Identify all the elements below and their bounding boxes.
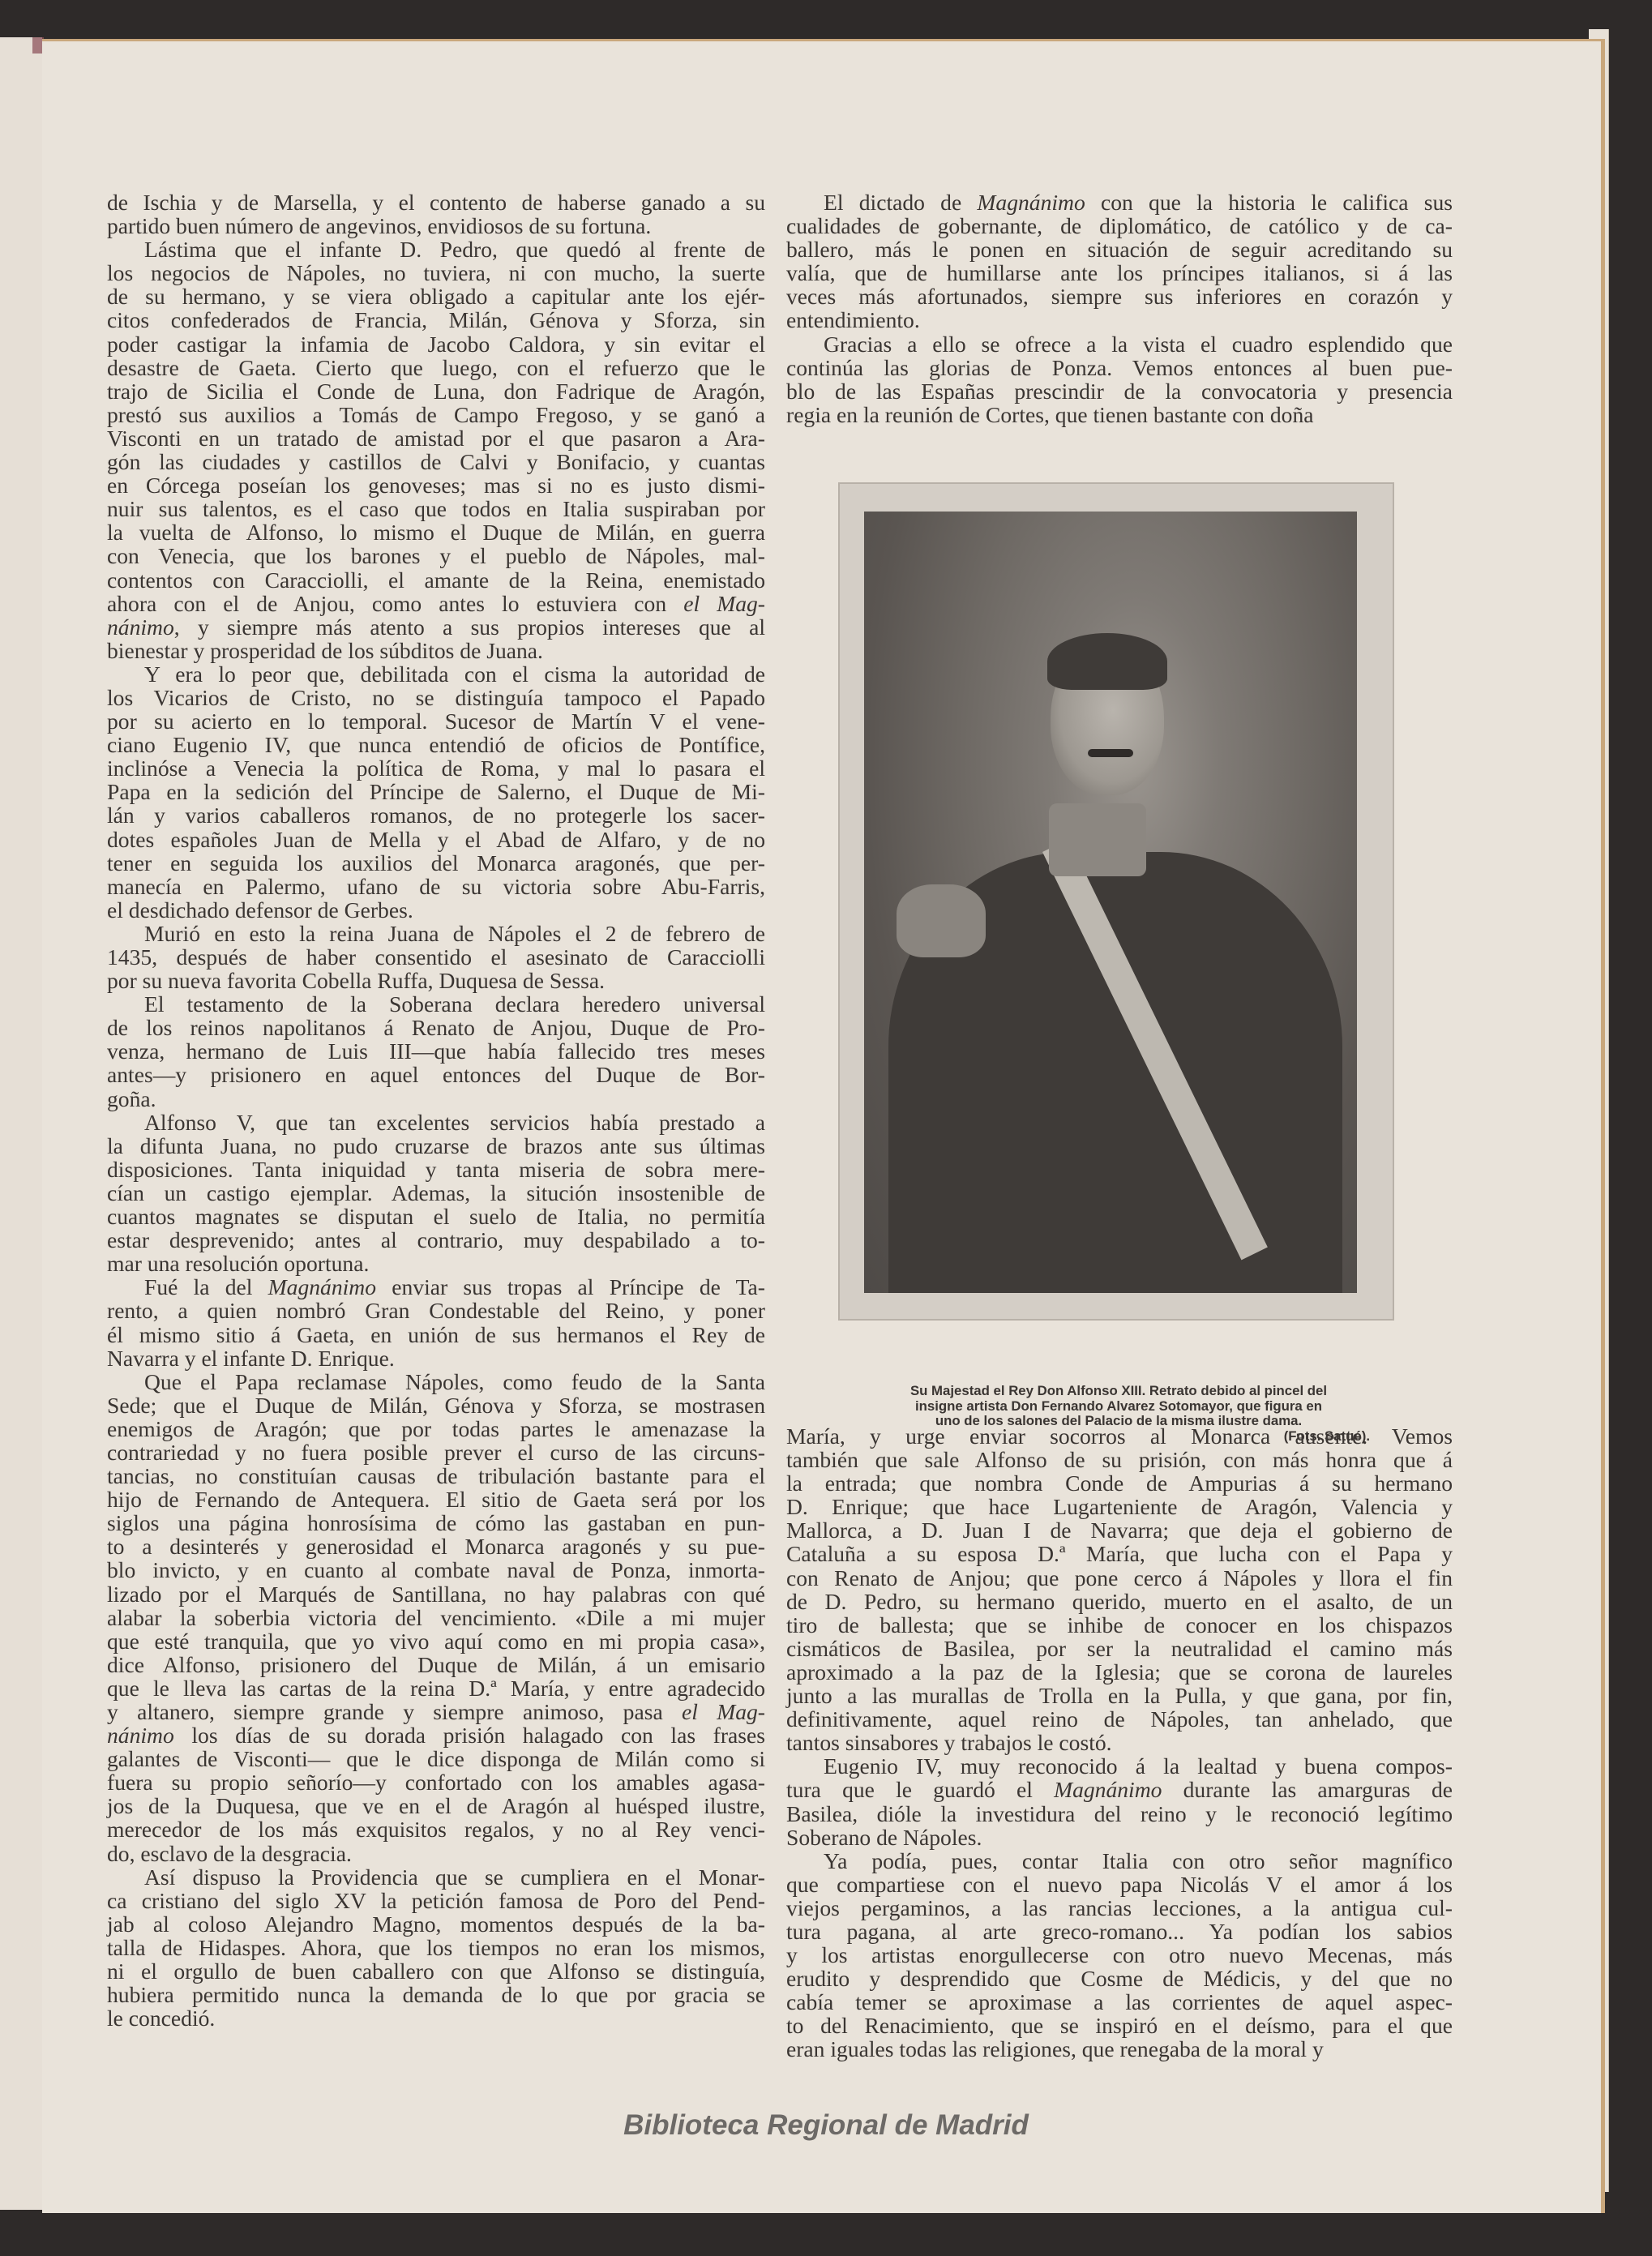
- text-line: Basilea, dióle la investidura del reino …: [786, 1802, 1453, 1826]
- paragraph: de Ischia y de Marsella, y el contento d…: [107, 190, 765, 238]
- text-line: los negocios de Nápoles, no tuviera, ni …: [107, 261, 765, 285]
- text-line: le concedió.: [107, 2006, 765, 2030]
- text-line: tura que le guardó el Magnánimo durante …: [786, 1778, 1453, 1801]
- text-line: tancias, no constituían causas de tribul…: [107, 1464, 765, 1488]
- text-line: blo de las Españas prescindir de la conv…: [786, 379, 1453, 403]
- italic-term: Magnánimo: [268, 1274, 376, 1299]
- text-line: inclinóse a Venecia la política de Roma,…: [107, 756, 765, 780]
- italic-term: Magnánimo: [1054, 1777, 1162, 1802]
- text-line: mar una resolución oportuna.: [107, 1252, 765, 1275]
- paragraph: Gracias a ello se ofrece a la vista el c…: [786, 332, 1453, 426]
- text-line: citos confederados de Francia, Milán, Gé…: [107, 308, 765, 332]
- text-line: Lástima que el infante D. Pedro, que que…: [107, 238, 765, 261]
- text-line: bienestar y prosperidad de los súbditos …: [107, 639, 765, 662]
- text-line: de Ischia y de Marsella, y el contento d…: [107, 190, 765, 214]
- text-line: Alfonso V, que tan excelentes servicios …: [107, 1111, 765, 1134]
- text-line: nánimo, y siempre más atento a sus propi…: [107, 615, 765, 639]
- text-line: prestó sus auxilios a Tomás de Campo Fre…: [107, 403, 765, 426]
- paragraph: Ya podía, pues, contar Italia con otro s…: [786, 1849, 1453, 2061]
- library-watermark: Biblioteca Regional de Madrid: [0, 2109, 1652, 2142]
- text-line: hijo de Fernando de Antequera. El sitio …: [107, 1488, 765, 1511]
- text-line: él mismo sitio á Gaeta, en unión de sus …: [107, 1323, 765, 1346]
- text-line: fuera su propio señorío—y confortado con…: [107, 1770, 765, 1794]
- text-line: to a desinterés y generosidad el Monarca…: [107, 1535, 765, 1558]
- text-line: tantos sinsabores y trabajos le costó.: [786, 1731, 1453, 1754]
- text-line: 1435, después de haber consentido el ase…: [107, 945, 765, 969]
- text-line: ballero, más le ponen en situación de se…: [786, 238, 1453, 261]
- text-line: Ya podía, pues, contar Italia con otro s…: [786, 1849, 1453, 1873]
- text-line: ni el orgullo de buen caballero con que …: [107, 1959, 765, 1983]
- portrait-figure: [838, 482, 1394, 1321]
- paragraph: Fué la del Magnánimo enviar sus tropas a…: [107, 1275, 765, 1369]
- paragraph: María, y urge enviar socorros al Monarca…: [786, 1424, 1453, 1754]
- text-line: galantes de Visconti— que le dice dispon…: [107, 1747, 765, 1770]
- text-line: Mallorca, a D. Juan I de Navarra; que de…: [786, 1518, 1453, 1542]
- right-column-top: El dictado de Magnánimo con que la histo…: [786, 190, 1453, 426]
- text-line: cismáticos de Basilea, por ser la neutra…: [786, 1637, 1453, 1660]
- text-line: contentos con Caracciolli, el amante de …: [107, 568, 765, 592]
- text-line: por su nueva favorita Cobella Ruffa, Duq…: [107, 969, 765, 992]
- text-line: Fué la del Magnánimo enviar sus tropas a…: [107, 1275, 765, 1299]
- paragraph: Alfonso V, que tan excelentes servicios …: [107, 1111, 765, 1276]
- text-line: la difunta Juana, no pudo cruzarse de br…: [107, 1134, 765, 1158]
- document-page: de Ischia y de Marsella, y el contento d…: [42, 39, 1605, 2213]
- text-line: antes—y prisionero en aquel entonces del…: [107, 1063, 765, 1086]
- paragraph: El testamento de la Soberana declara her…: [107, 992, 765, 1110]
- italic-term: el Mag-: [682, 1699, 765, 1724]
- text-line: de D. Pedro, su hermano querido, muerto …: [786, 1590, 1453, 1613]
- portrait-hair: [1047, 633, 1167, 690]
- text-line: erudito y desprendido que Cosme de Médic…: [786, 1967, 1453, 1990]
- text-line: continúa las glorias de Ponza. Vemos ent…: [786, 356, 1453, 379]
- text-line: Que el Papa reclamase Nápoles, como feud…: [107, 1370, 765, 1393]
- left-column: de Ischia y de Marsella, y el contento d…: [107, 190, 765, 2030]
- paragraph: Y era lo peor que, debilitada con el cis…: [107, 662, 765, 922]
- text-line: el desdichado defensor de Gerbes.: [107, 898, 765, 922]
- text-line: Visconti en un tratado de amistad por el…: [107, 426, 765, 450]
- text-line: to del Renacimiento, que se inspiró en e…: [786, 2014, 1453, 2037]
- text-line: de su hermano, y se viera obligado a cap…: [107, 285, 765, 308]
- caption-line: insigne artista Don Fernando Alvarez Sot…: [851, 1399, 1386, 1415]
- text-line: siglos una página honrosísima de cómo la…: [107, 1511, 765, 1535]
- italic-term: Magnánimo: [977, 190, 1085, 215]
- text-line: aproximado a la paz de la Iglesia; que s…: [786, 1660, 1453, 1684]
- italic-term: el Mag-: [683, 591, 765, 616]
- text-line: lán y varios caballeros romanos, de no p…: [107, 803, 765, 827]
- text-line: dice Alfonso, prisionero del Duque de Mi…: [107, 1653, 765, 1676]
- text-line: Gracias a ello se ofrece a la vista el c…: [786, 332, 1453, 356]
- text-line: trajo de Sicilia el Conde de Luna, don F…: [107, 379, 765, 403]
- text-line: que esté tranquila, que yo vivo aquí com…: [107, 1629, 765, 1653]
- text-line: Así dispuso la Providencia que se cumpli…: [107, 1865, 765, 1889]
- caption-line: Su Majestad el Rey Don Alfonso XIII. Ret…: [851, 1384, 1386, 1399]
- text-line: y altanero, siempre grande y siempre ani…: [107, 1700, 765, 1723]
- text-line: tura pagana, al arte greco-romano... Ya …: [786, 1920, 1453, 1943]
- text-line: jos de la Duquesa, que ve en el de Aragó…: [107, 1794, 765, 1817]
- text-line: valía, que de humillarse ante los prínci…: [786, 261, 1453, 285]
- text-line: desastre de Gaeta. Cierto que luego, con…: [107, 356, 765, 379]
- paragraph: Que el Papa reclamase Nápoles, como feud…: [107, 1370, 765, 1865]
- text-line: la vuelta de Alfonso, lo mismo el Duque …: [107, 520, 765, 544]
- text-line: eran iguales todas las religiones, que r…: [786, 2037, 1453, 2061]
- text-line: y los artistas enorgullecerse con otro n…: [786, 1943, 1453, 1967]
- text-line: jab al coloso Alejandro Magno, momentos …: [107, 1912, 765, 1936]
- text-line: de los reinos napolitanos á Renato de An…: [107, 1016, 765, 1039]
- text-line: goña.: [107, 1087, 765, 1111]
- text-line: estar desprevenido; antes al contrario, …: [107, 1228, 765, 1252]
- text-line: nuir sus talentos, es el caso que todos …: [107, 497, 765, 520]
- text-line: junto a las murallas de Trolla en la Pul…: [786, 1684, 1453, 1707]
- text-line: entendimiento.: [786, 308, 1453, 332]
- text-line: enemigos de Aragón; que por todas partes…: [107, 1417, 765, 1441]
- text-line: El testamento de la Soberana declara her…: [107, 992, 765, 1016]
- text-line: ahora con el de Anjou, como antes lo est…: [107, 592, 765, 615]
- text-line: Sede; que el Duque de Milán, Génova y Sf…: [107, 1393, 765, 1417]
- text-line: do, esclavo de la desgracia.: [107, 1842, 765, 1865]
- text-line: cabía temer se aproximase a las corrient…: [786, 1990, 1453, 2014]
- text-line: María, y urge enviar socorros al Monarca…: [786, 1424, 1453, 1448]
- text-line: alabar la soberbia victoria del vencimie…: [107, 1606, 765, 1629]
- text-line: hubiera permitido nunca la demanda de lo…: [107, 1983, 765, 2006]
- portrait-mustache: [1088, 749, 1133, 757]
- previous-page-edge: [0, 37, 44, 2210]
- text-line: gón las ciudades y castillos de Calvi y …: [107, 450, 765, 473]
- paragraph: El dictado de Magnánimo con que la histo…: [786, 190, 1453, 332]
- text-line: por su acierto en lo temporal. Sucesor d…: [107, 709, 765, 733]
- text-line: Papa en la sedición del Príncipe de Sale…: [107, 780, 765, 803]
- text-line: con Renato de Anjou; que pone cerco á Ná…: [786, 1566, 1453, 1590]
- paragraph: Eugenio IV, muy reconocido á la lealtad …: [786, 1754, 1453, 1848]
- text-line: cuantos magnates se disputan el suelo de…: [107, 1205, 765, 1228]
- text-line: venza, hermano de Luis III—que había fal…: [107, 1039, 765, 1063]
- italic-term: nánimo: [107, 1723, 174, 1748]
- text-line: Y era lo peor que, debilitada con el cis…: [107, 662, 765, 686]
- text-line: definitivamente, aquel reino de Nápoles,…: [786, 1707, 1453, 1731]
- portrait-epaulette: [897, 884, 986, 957]
- text-line: viejos pergaminos, a las rancias leccion…: [786, 1896, 1453, 1920]
- text-line: merecedor de los más exquisitos regalos,…: [107, 1817, 765, 1841]
- text-line: con Venecia, que los barones y el pueblo…: [107, 544, 765, 567]
- text-line: partido buen número de angevinos, envidi…: [107, 214, 765, 238]
- text-line: en Córcega poseían los genoveses; mas si…: [107, 473, 765, 497]
- text-line: talla de Hidaspes. Ahora, que los tiempo…: [107, 1936, 765, 1959]
- text-line: El dictado de Magnánimo con que la histo…: [786, 190, 1453, 214]
- text-line: blo invicto, y en cuanto al combate nava…: [107, 1558, 765, 1582]
- text-line: la entrada; que nombra Conde de Ampurias…: [786, 1471, 1453, 1495]
- text-line: manecía en Palermo, ufano de su victoria…: [107, 875, 765, 898]
- text-line: rento, a quien nombró Gran Condestable d…: [107, 1299, 765, 1322]
- text-line: dotes españoles Juan de Mella y el Abad …: [107, 828, 765, 851]
- portrait-collar: [1049, 803, 1146, 876]
- text-line: los Vicarios de Cristo, no se distinguía…: [107, 686, 765, 709]
- text-line: veces más afortunados, siempre sus infer…: [786, 285, 1453, 308]
- italic-term: nánimo: [107, 614, 174, 640]
- text-line: Eugenio IV, muy reconocido á la lealtad …: [786, 1754, 1453, 1778]
- text-line: contrariedad y no fuera posible prever e…: [107, 1441, 765, 1464]
- text-line: poder castigar la infamia de Jacobo Cald…: [107, 332, 765, 356]
- text-line: tiro de ballesta; que se inhibe de conoc…: [786, 1613, 1453, 1637]
- text-line: Navarra y el infante D. Enrique.: [107, 1346, 765, 1370]
- text-line: lizado por el Marqués de Santillana, no …: [107, 1582, 765, 1606]
- text-line: Soberano de Nápoles.: [786, 1826, 1453, 1849]
- text-line: cían un castigo ejemplar. Ademas, la sit…: [107, 1181, 765, 1205]
- portrait-image: [864, 512, 1357, 1293]
- text-line: que compartiese con el nuevo papa Nicolá…: [786, 1873, 1453, 1896]
- text-line: tener en seguida los auxilios del Monarc…: [107, 851, 765, 875]
- text-line: ca cristiano del siglo XV la petición fa…: [107, 1889, 765, 1912]
- text-line: nánimo los días de su dorada prisión hal…: [107, 1723, 765, 1747]
- paragraph: Murió en esto la reina Juana de Nápoles …: [107, 922, 765, 992]
- paragraph: Así dispuso la Providencia que se cumpli…: [107, 1865, 765, 2031]
- text-line: regia en la reunión de Cortes, que tiene…: [786, 403, 1453, 426]
- text-line: cualidades de gobernante, de diplomático…: [786, 214, 1453, 238]
- text-line: también que sale Alfonso de su prisión, …: [786, 1448, 1453, 1471]
- paragraph: Lástima que el infante D. Pedro, que que…: [107, 238, 765, 662]
- right-column-bottom: María, y urge enviar socorros al Monarca…: [786, 1424, 1453, 2061]
- text-line: Murió en esto la reina Juana de Nápoles …: [107, 922, 765, 945]
- text-line: ciano Eugenio IV, que nunca entendió de …: [107, 733, 765, 756]
- text-line: disposiciones. Tanta iniquidad y tanta m…: [107, 1158, 765, 1181]
- text-line: que le lleva las cartas de la reina D.ª …: [107, 1676, 765, 1700]
- text-line: D. Enrique; que hace Lugarteniente de Ar…: [786, 1495, 1453, 1518]
- text-line: Cataluña a su esposa D.ª María, que luch…: [786, 1542, 1453, 1565]
